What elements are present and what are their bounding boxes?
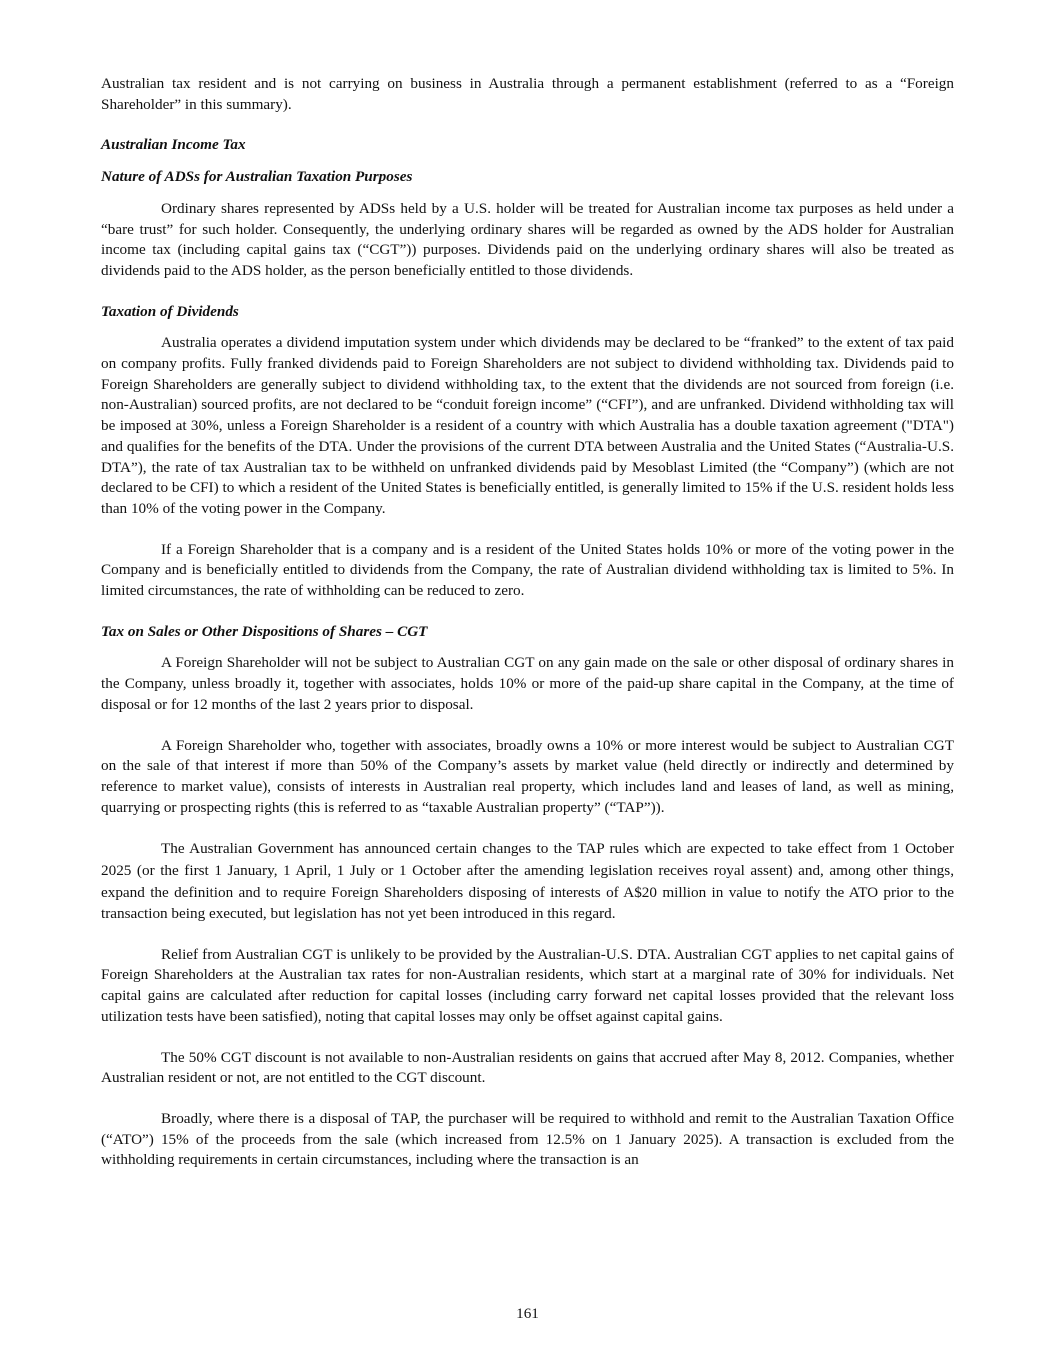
section-heading-australian-income-tax: Australian Income Tax <box>101 135 954 156</box>
cgt-paragraph-3: The Australian Government has announced … <box>101 838 954 924</box>
section-heading-nature-of-adss: Nature of ADSs for Australian Taxation P… <box>101 167 954 188</box>
nature-paragraph: Ordinary shares represented by ADSs held… <box>101 199 954 282</box>
page-number: 161 <box>0 1304 1055 1324</box>
dividends-paragraph-2: If a Foreign Shareholder that is a compa… <box>101 540 954 602</box>
cgt-paragraph-4: Relief from Australian CGT is unlikely t… <box>101 945 954 1028</box>
cgt-paragraph-1: A Foreign Shareholder will not be subjec… <box>101 653 954 715</box>
cgt-paragraph-6: Broadly, where there is a disposal of TA… <box>101 1109 954 1171</box>
cgt-paragraph-5: The 50% CGT discount is not available to… <box>101 1048 954 1089</box>
section-heading-tax-on-sales-cgt: Tax on Sales or Other Dispositions of Sh… <box>101 622 954 643</box>
section-heading-taxation-of-dividends: Taxation of Dividends <box>101 302 954 323</box>
cgt-paragraph-2: A Foreign Shareholder who, together with… <box>101 736 954 819</box>
document-page: Australian tax resident and is not carry… <box>101 74 954 1171</box>
dividends-paragraph-1: Australia operates a dividend imputation… <box>101 333 954 519</box>
opening-paragraph: Australian tax resident and is not carry… <box>101 74 954 115</box>
